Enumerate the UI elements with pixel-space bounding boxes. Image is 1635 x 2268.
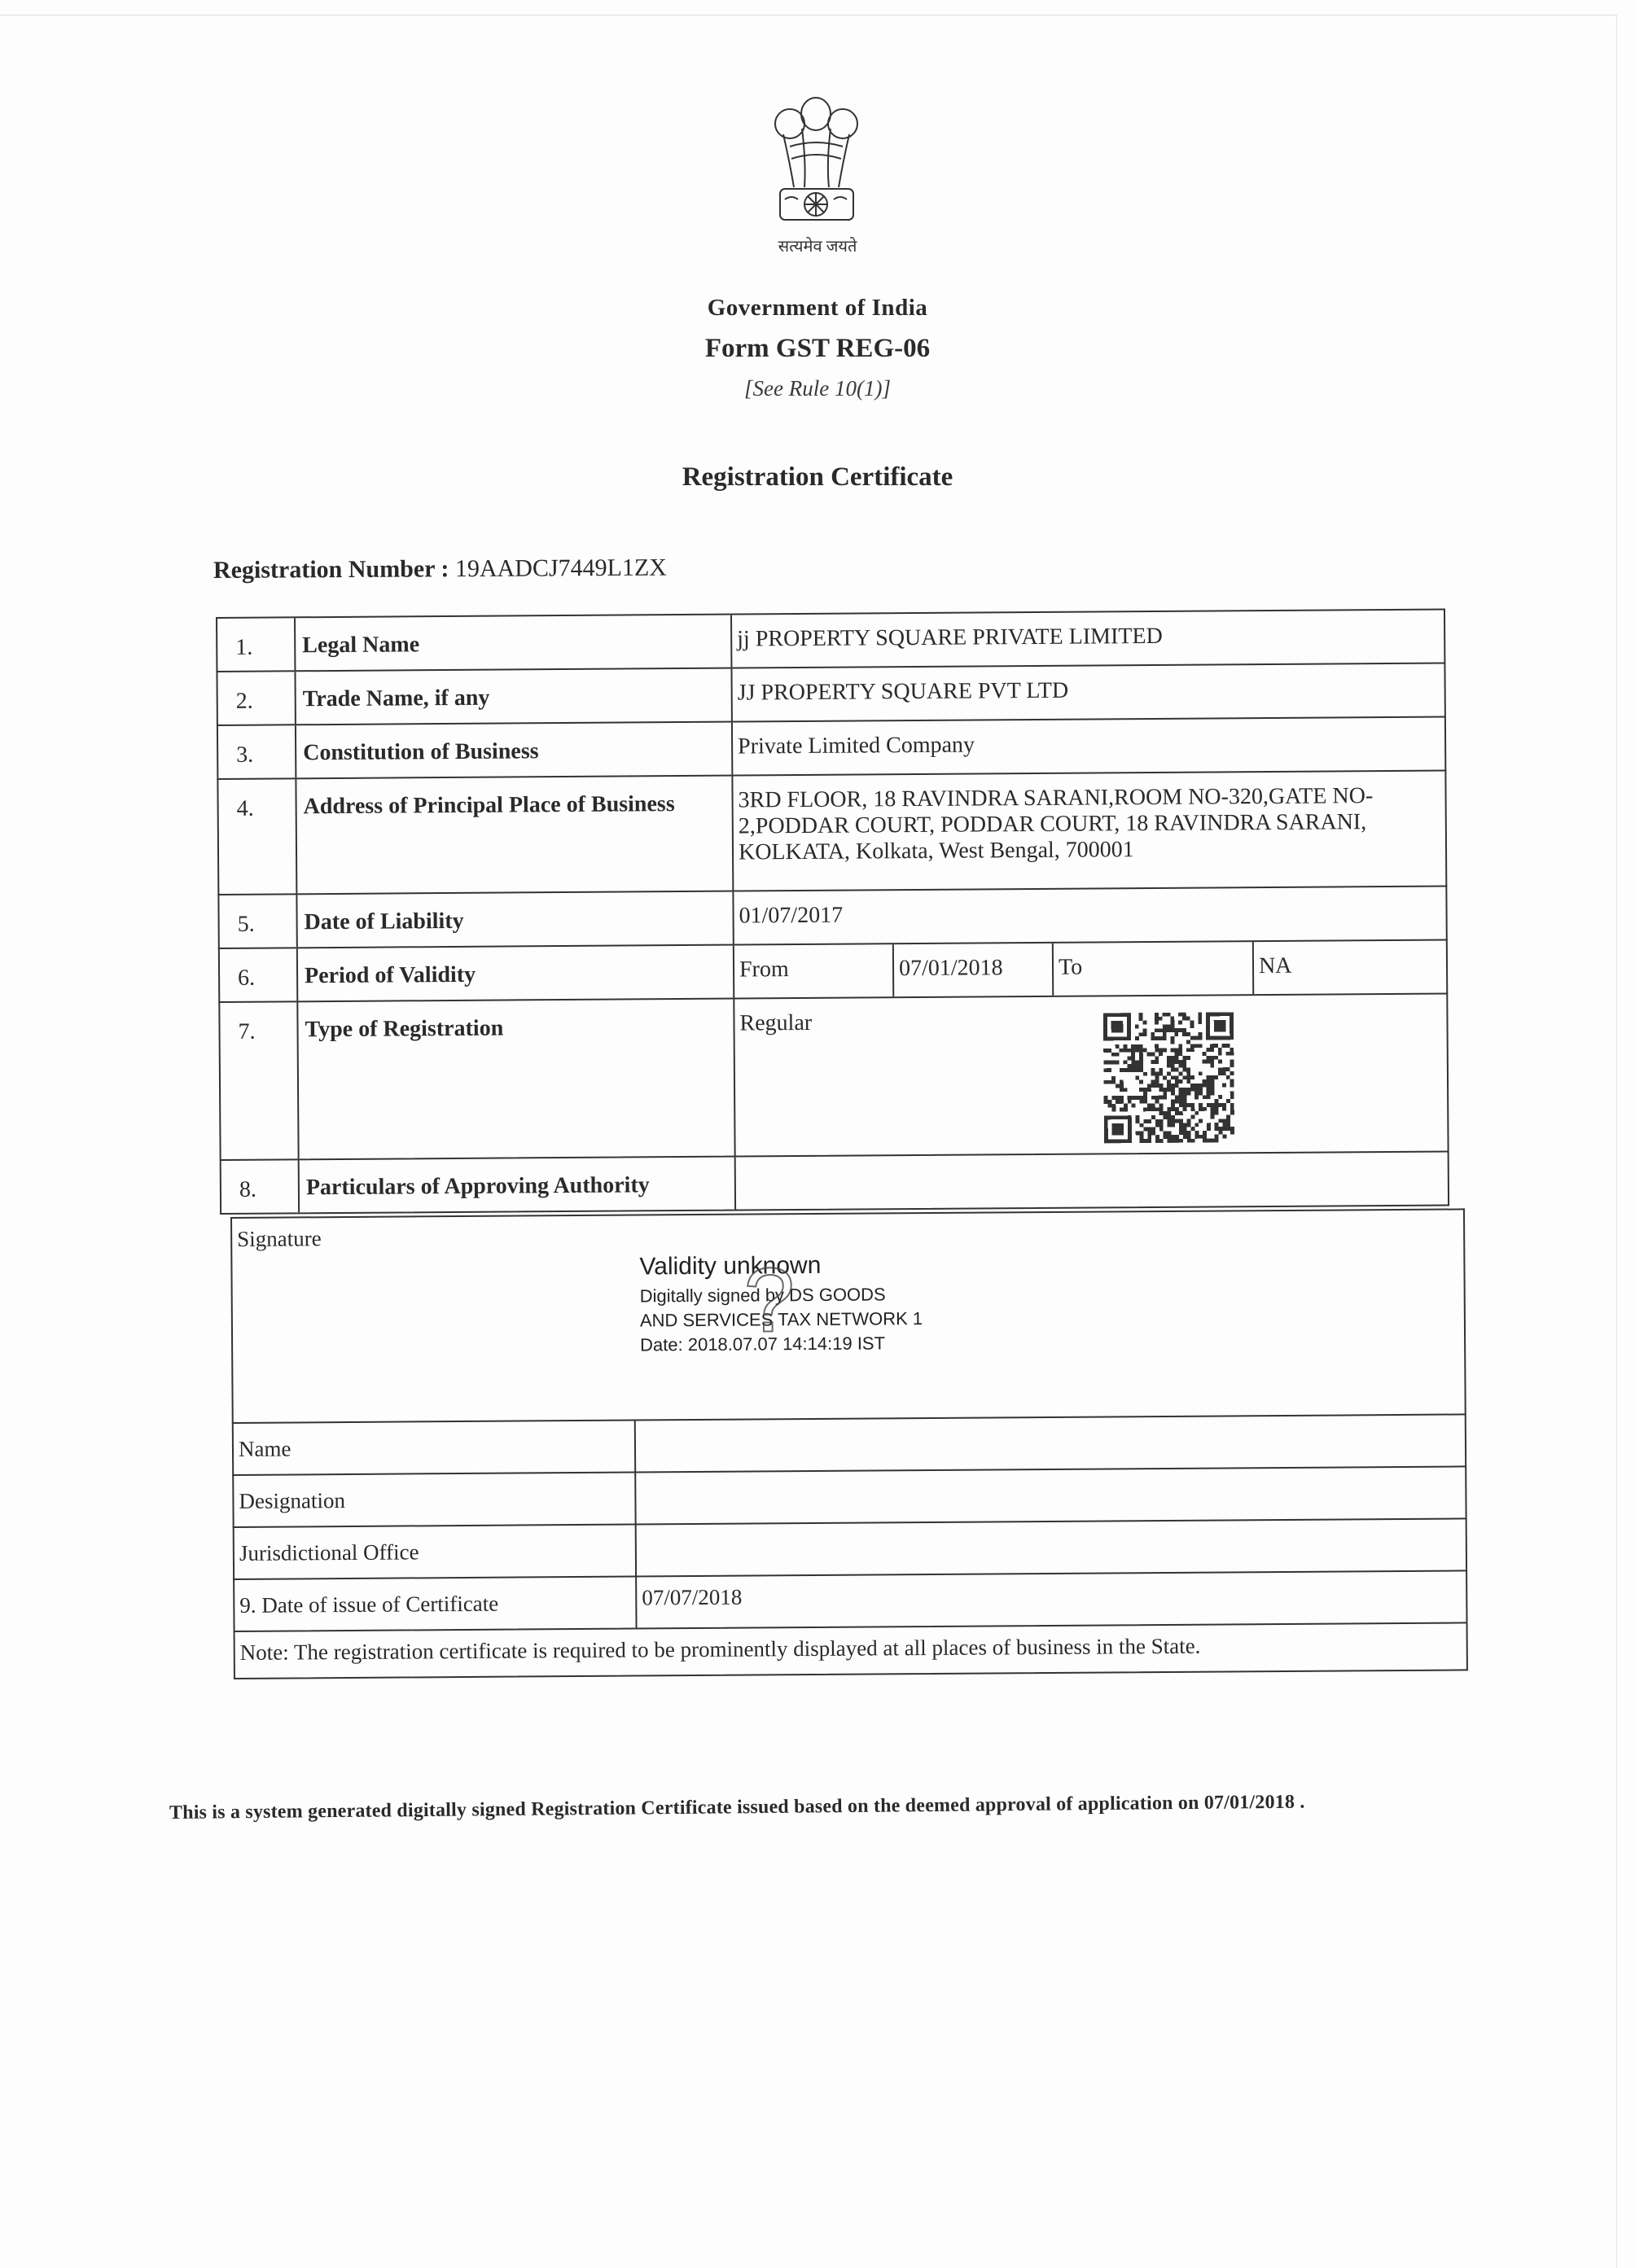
approving-authority-value [736,1152,1448,1209]
table-row: 4. Address of Principal Place of Busines… [217,769,1447,894]
constitution-value: Private Limited Company [733,717,1444,774]
jurisdictional-office-label: Jurisdictional Office [235,1526,637,1578]
table-row: 2. Trade Name, if any JJ PROPERTY SQUARE… [216,662,1445,725]
question-mark-icon: ? [743,1247,795,1352]
date-of-liability-value: 01/07/2017 [734,887,1445,944]
issue-date-label: 9. Date of issue of Certificate [235,1578,637,1631]
row-number: 2. [217,672,296,725]
validity-from-label: From [734,944,894,997]
table-row: 6. Period of Validity From 07/01/2018 To… [218,939,1448,1001]
emblem-motto: सत्यमेव जयते [0,234,1635,256]
certificate-title: Registration Certificate [0,462,1635,493]
authority-name-label: Name [234,1421,636,1474]
row-label: Period of Validity [298,946,734,1001]
page-edge [0,15,1616,15]
validity-cell: From 07/01/2018 To NA [734,940,1446,997]
government-heading: Government of India [0,295,1635,322]
registration-type-cell: Regular [734,994,1447,1155]
row-label: Legal Name [296,615,732,671]
signature-label: Signature [237,1226,322,1252]
row-label: Address of Principal Place of Business [296,777,734,894]
table-row: Name [232,1413,1466,1474]
table-row: 3. Constitution of Business Private Limi… [217,716,1446,778]
table-row: 9. Date of issue of Certificate 07/07/20… [233,1570,1467,1631]
signature-block: Signature ? Validity unknown Digitally s… [230,1208,1466,1422]
table-row: 7. Type of Registration Regular [218,992,1449,1159]
address-value: 3RD FLOOR, 18 RAVINDRA SARANI,ROOM NO-32… [733,771,1445,890]
trade-name-value: JJ PROPERTY SQUARE PVT LTD [732,663,1444,720]
digital-signature-stamp: ? Validity unknown Digitally signed by D… [639,1251,923,1354]
validity-to-label: To [1054,942,1254,996]
registration-type-value: Regular [739,1010,812,1036]
table-row: Designation [232,1465,1466,1526]
registration-number: 19AADCJ7449L1ZX [455,554,667,583]
row-number: 5. [219,895,297,948]
registration-details-table: 1. Legal Name jj PROPERTY SQUARE PRIVATE… [216,608,1449,1215]
legal-name-value: jj PROPERTY SQUARE PRIVATE LIMITED [732,610,1444,667]
row-number: 4. [218,779,297,894]
row-number: 6. [220,948,298,1001]
approving-authority-table: Signature ? Validity unknown Digitally s… [230,1208,1468,1679]
row-number: 1. [217,618,296,671]
validity-from-value: 07/01/2018 [894,944,1054,996]
row-number: 7. [220,1002,299,1159]
form-title: Form GST REG-06 [0,334,1635,364]
row-label: Type of Registration [298,1000,735,1159]
row-label: Constitution of Business [296,723,733,778]
rule-reference: [See Rule 10(1)] [0,376,1635,401]
row-number: 8. [221,1160,300,1213]
table-row: 1. Legal Name jj PROPERTY SQUARE PRIVATE… [216,608,1445,671]
table-row: 5. Date of Liability 01/07/2017 [217,885,1447,948]
authority-name-value [636,1415,1465,1471]
qr-code-icon [1101,1012,1236,1143]
issue-date-value: 07/07/2018 [637,1571,1466,1627]
designation-value [636,1467,1465,1523]
registration-number-label: Registration Number : [213,555,449,584]
row-label: Particulars of Approving Authority [300,1158,736,1213]
registration-number-line: Registration Number : 19AADCJ7449L1ZX [213,554,667,585]
jurisdictional-office-value [637,1519,1466,1575]
table-row: 8. Particulars of Approving Authority [220,1150,1449,1215]
table-row: Jurisdictional Office [233,1517,1467,1578]
row-number: 3. [218,725,296,778]
display-note: Note: The registration certificate is re… [234,1622,1468,1679]
national-emblem-icon [765,90,867,236]
row-label: Trade Name, if any [296,669,732,725]
validity-to-value: NA [1254,940,1446,994]
row-label: Date of Liability [297,892,734,948]
footer-statement: This is a system generated digitally sig… [169,1792,1305,1824]
designation-label: Designation [234,1473,636,1526]
